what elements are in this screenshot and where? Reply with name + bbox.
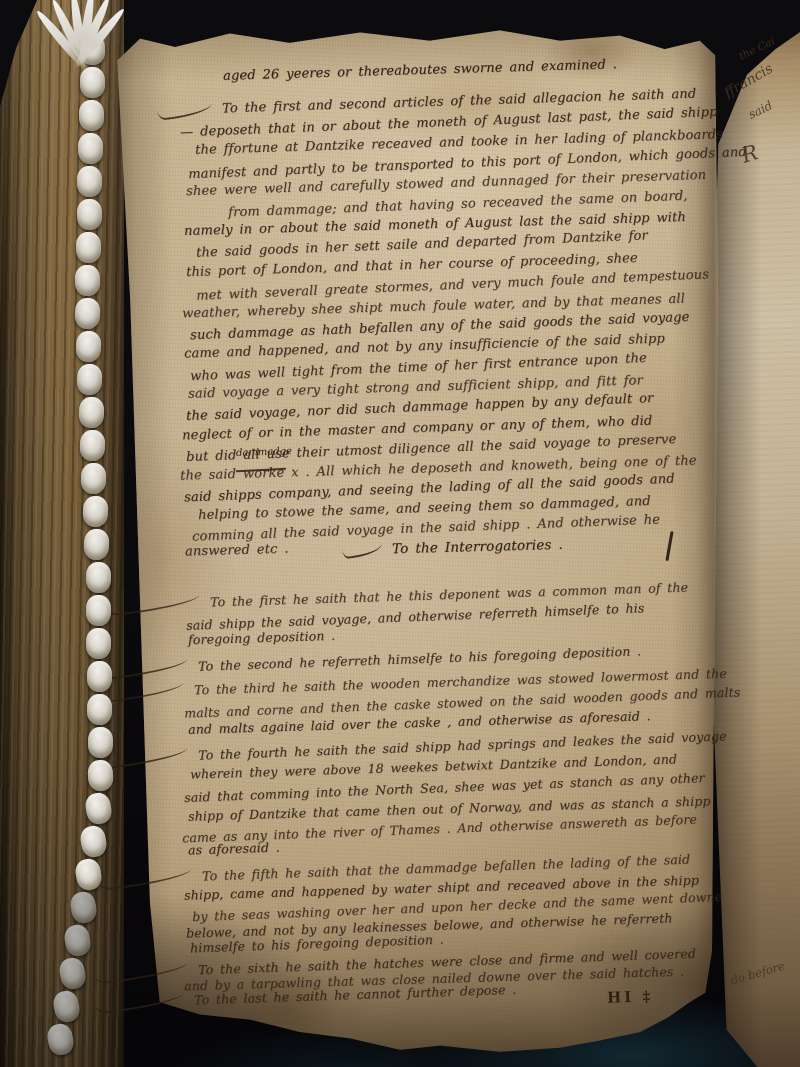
paragraph-mark [93,961,189,985]
paragraph-mark [97,867,193,891]
manuscript-line-text: as aforesaid . [188,840,280,858]
paragraph-mark [157,101,213,120]
paragraph-mark [341,542,382,559]
manuscript-line-text: answered etc . [185,542,289,560]
paragraph-mark [93,657,189,681]
folio-quire-mark: HI ‡ [607,987,654,1007]
paragraph-mark [93,746,189,771]
interrogatories-heading: To the Interrogatories . [392,538,563,557]
manuscript-line: answered etc . [185,543,289,560]
manuscript-line: To the second he referreth himselfe to h… [198,644,641,673]
cord-frayed-end [28,0,128,102]
interrogatories-heading-text: To the Interrogatories . [392,537,563,557]
manuscript-line: foregoing deposition . [188,629,336,647]
paragraph-mark [89,681,185,705]
handwriting-layer: aged 26 yeeres or thereaboutes sworne an… [0,0,800,1067]
manuscript-line-text: foregoing deposition . [188,628,336,647]
manuscript-line-text: To the second he referreth himselfe to h… [198,643,642,673]
paragraph-mark [94,991,185,1015]
manuscript-line: as aforesaid . [188,841,280,858]
margin-check-stroke [665,531,673,561]
paragraph-mark [105,593,201,617]
page-heading: aged 26 yeeres or thereaboutes sworne an… [223,58,617,84]
manuscript-photo: aged 26 yeeres or thereaboutes sworne an… [0,0,800,1067]
